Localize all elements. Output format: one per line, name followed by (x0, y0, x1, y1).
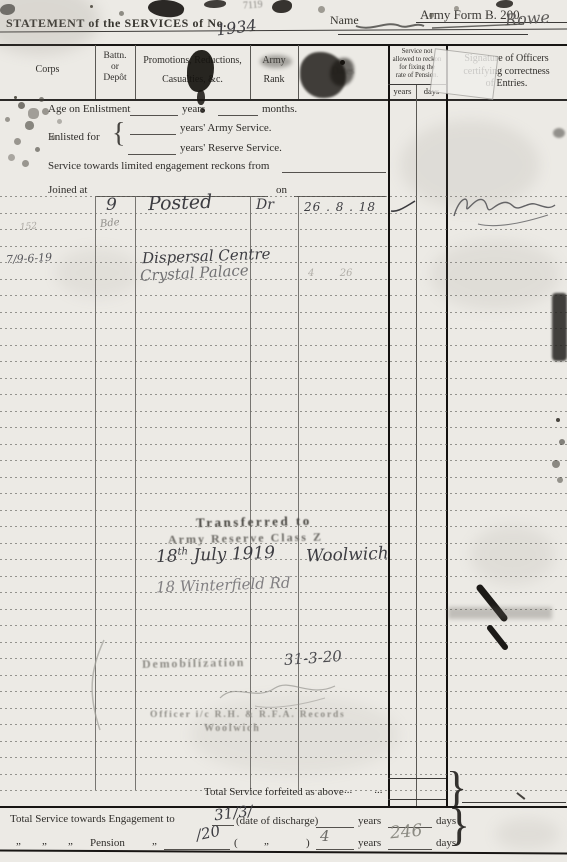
entry-margin-note: 152 (20, 221, 38, 232)
header-years: years (389, 86, 416, 96)
ink-drip-dot (200, 108, 205, 113)
header-battn-line1: Battn. (95, 51, 135, 62)
forfeited-dots: ... ... (344, 784, 383, 796)
pension-days-blank (388, 837, 432, 850)
ink-blot (204, 0, 226, 8)
bottom-rule (0, 850, 567, 855)
header-battn-line3: Depôt (95, 73, 135, 84)
right-edge-mark (553, 128, 565, 138)
tick-mark (517, 792, 526, 799)
engagement-label: Total Service towards Engagement to (10, 813, 175, 825)
transfer-date-rest: July 1919 (193, 543, 275, 566)
entry-margin-date: 7/9-6-19 (6, 251, 53, 266)
ink-strokes (470, 580, 520, 660)
entry-dates-faint: 4 26 (308, 268, 353, 279)
paper-patch (430, 48, 499, 99)
army-service-label: years' Army Service. (180, 122, 271, 134)
header-battn: Battn. or Depôt (95, 51, 135, 84)
right-edge-smudge (552, 293, 567, 361)
limited-engagement-label: Service towards limited engagement recko… (48, 160, 269, 172)
pension-col-left-line (388, 45, 390, 807)
stain (190, 695, 400, 775)
ruled-line (0, 444, 567, 445)
forfeited-box-bottom (388, 799, 446, 800)
joined-on-label: on (276, 184, 287, 196)
age-label: Age on Enlistment (48, 103, 131, 115)
enlisted-brace: { (112, 118, 125, 150)
reserve-service-blank (128, 142, 176, 155)
ruled-line (0, 328, 567, 329)
ditto-4: „ (152, 835, 157, 847)
limited-engagement-blank (282, 160, 386, 173)
ditto-5: „ (264, 835, 269, 847)
years-checkmark (388, 198, 418, 216)
stain (55, 248, 140, 298)
ruled-line (0, 361, 567, 362)
totals-brace: } (448, 798, 470, 851)
header-corps: Corps (0, 64, 95, 77)
demob-stamp: Demobilization (142, 655, 245, 672)
right-edge-specks (556, 418, 560, 422)
header-rank-line2: Rank (250, 74, 298, 87)
entry-battn-note: Bde (99, 217, 120, 230)
transfer-date-suffix: th (177, 546, 188, 557)
entry-rank: Dr (256, 197, 274, 213)
ink-blot (272, 0, 292, 13)
stain (430, 240, 560, 310)
header-corps-label: Corps (36, 64, 60, 75)
ruled-line (0, 394, 567, 395)
transfer-place: Woolwich (306, 544, 389, 567)
ruled-line (0, 312, 567, 313)
pension-close-paren: ) (306, 837, 310, 849)
joined-at-label: Joined at (48, 184, 87, 196)
transfer-date: 18th July 1919 (156, 543, 276, 567)
header-battn-line2: or (95, 62, 135, 73)
ink-dot (340, 60, 345, 65)
forfeited-label: Total Service forfeited as above (204, 786, 344, 798)
ruled-line (0, 411, 567, 412)
pension-open-paren: ( (234, 837, 238, 849)
army-header-smudge (260, 55, 292, 68)
entry-promotion: Posted (148, 191, 213, 215)
enlisted-for-label: Enlisted for (48, 131, 100, 143)
ditto-2: „ (42, 835, 47, 847)
discharge-label: (date of discharge) (236, 815, 318, 827)
table-top-border (0, 44, 567, 46)
stain (400, 120, 540, 210)
pension-years-word: years (358, 837, 381, 849)
reserve-service-label: years' Reserve Service. (180, 142, 282, 154)
stain (470, 525, 555, 585)
ink-drip-tail (197, 90, 205, 105)
forfeited-box-top (388, 778, 446, 779)
ruled-line (0, 345, 567, 346)
army-service-blank (130, 122, 176, 135)
scanned-army-form: Army Form B. 200. 7119 STATEMENT of the … (0, 0, 567, 862)
ruled-line (0, 510, 567, 511)
age-months-word: months. (262, 103, 297, 115)
ruled-line (0, 427, 567, 428)
demob-date: 31-3-20 (283, 647, 342, 669)
right-rule (462, 802, 566, 803)
corner-stamp: 7119 (243, 0, 263, 12)
pension-years-blank (316, 837, 354, 850)
stain (495, 818, 560, 850)
ruled-line (0, 477, 567, 478)
name-rule (338, 34, 528, 35)
totals-top-rule (0, 806, 567, 808)
ditto-3: „ (68, 835, 73, 847)
age-months-blank (218, 103, 258, 116)
service-number: 1934 (215, 16, 258, 40)
ditto-1: „ (16, 835, 21, 847)
entry-battn: 9 (106, 195, 117, 215)
header-bottom-border (0, 99, 567, 101)
stamp-smudge (448, 607, 552, 619)
ruled-line (0, 493, 567, 494)
age-years-blank (130, 103, 178, 116)
engagement-years-word: years (358, 815, 381, 827)
pencil-curve (82, 635, 112, 735)
name-strike-scribble (352, 16, 532, 36)
transfer-stamp-line1: Transferred to (196, 513, 312, 531)
entry-date: 26 . 8 . 18 (304, 200, 376, 214)
ruled-line (0, 460, 567, 461)
ruled-line (0, 378, 567, 379)
transfer-date-day: 18 (156, 546, 178, 567)
stain (0, 0, 100, 55)
speckle-field (14, 96, 17, 99)
pension-label: Pension (90, 837, 125, 849)
